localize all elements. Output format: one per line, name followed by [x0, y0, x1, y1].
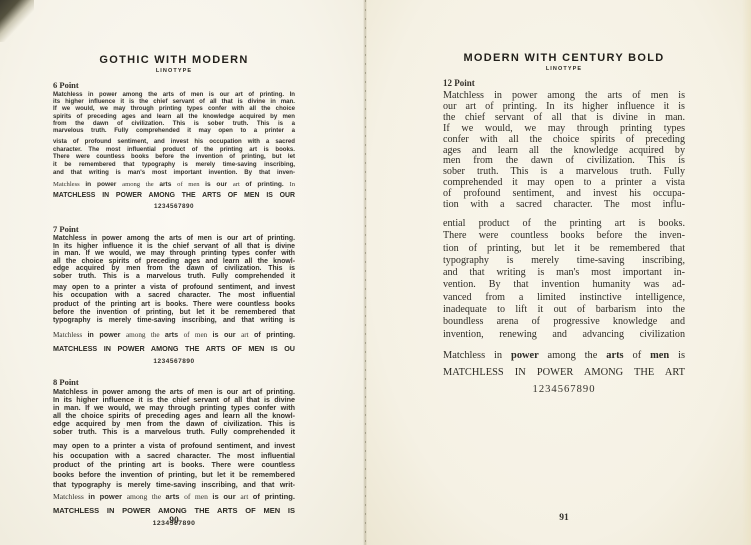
left-page: GOTHIC WITH MODERN LINOTYPE 6 Point Matc… — [0, 0, 366, 545]
specimen-paragraph-leaded: may open to a printer a vista of profoun… — [53, 284, 295, 325]
specimen-mixed-face-line: Matchless in power among the arts of men… — [53, 492, 295, 501]
left-page-number: 90 — [53, 516, 295, 526]
specimen-paragraph-solid: Matchless in power among the arts of men… — [53, 388, 295, 437]
specimen-section-6pt: 6 Point Matchless in power among the art… — [53, 80, 295, 210]
specimen-caps-line: MATCHLESS IN POWER AMONG THE ARTS OF MEN… — [53, 506, 295, 515]
specimen-caps-line: MATCHLESS IN POWER AMONG THE ART — [443, 367, 685, 378]
page-gutter-crease — [365, 0, 366, 545]
specimen-section-7pt: 7 Point Matchless in power among the art… — [53, 224, 295, 364]
book-spread-scan: GOTHIC WITH MODERN LINOTYPE 6 Point Matc… — [0, 0, 751, 545]
point-size-label: 12 Point — [443, 78, 685, 88]
specimen-section-8pt: 8 Point Matchless in power among the art… — [53, 377, 295, 528]
point-size-label: 7 Point — [53, 224, 295, 234]
specimen-paragraph-solid: Matchless in power among the arts of men… — [443, 91, 685, 211]
specimen-figures: 1234567890 — [53, 358, 295, 365]
point-size-label: 8 Point — [53, 377, 295, 387]
left-page-linotype-subheading: LINOTYPE — [53, 68, 295, 74]
specimen-section-12pt: 12 Point Matchless in power among the ar… — [443, 78, 685, 395]
specimen-paragraph-leaded: ential product of the printing art is bo… — [443, 218, 685, 341]
specimen-mixed-face-line: Matchless in power among the arts of men… — [443, 350, 685, 361]
specimen-mixed-face-line: Matchless in power among the arts of men… — [53, 181, 295, 188]
scan-corner-shadow — [0, 0, 34, 42]
right-page: MODERN WITH CENTURY BOLD LINOTYPE 12 Poi… — [366, 0, 751, 545]
specimen-paragraph-leaded: may open to a printer a vista of profoun… — [53, 441, 295, 489]
left-page-column: GOTHIC WITH MODERN LINOTYPE 6 Point Matc… — [53, 0, 295, 527]
right-page-column: MODERN WITH CENTURY BOLD LINOTYPE 12 Poi… — [443, 0, 685, 395]
specimen-figures: 1234567890 — [443, 384, 685, 395]
specimen-paragraph-leaded: vista of profound sentiment, and invest … — [53, 138, 295, 176]
specimen-paragraph-solid: Matchless in power among the arts of men… — [53, 235, 295, 280]
specimen-caps-line: MATCHLESS IN POWER AMONG THE ARTS OF MEN… — [53, 192, 295, 199]
page-edge-tint — [742, 0, 751, 545]
right-page-number: 91 — [443, 513, 685, 523]
right-page-heading: MODERN WITH CENTURY BOLD — [443, 52, 685, 64]
point-size-label: 6 Point — [53, 80, 295, 90]
left-page-heading: GOTHIC WITH MODERN — [53, 54, 295, 66]
specimen-figures: 1234567890 — [53, 203, 295, 210]
specimen-mixed-face-line: Matchless in power among the arts of men… — [53, 330, 295, 339]
right-page-linotype-subheading: LINOTYPE — [443, 66, 685, 72]
specimen-paragraph-solid: Matchless in power among the arts of men… — [53, 91, 295, 134]
specimen-caps-line: MATCHLESS IN POWER AMONG THE ARTS OF MEN… — [53, 344, 295, 353]
